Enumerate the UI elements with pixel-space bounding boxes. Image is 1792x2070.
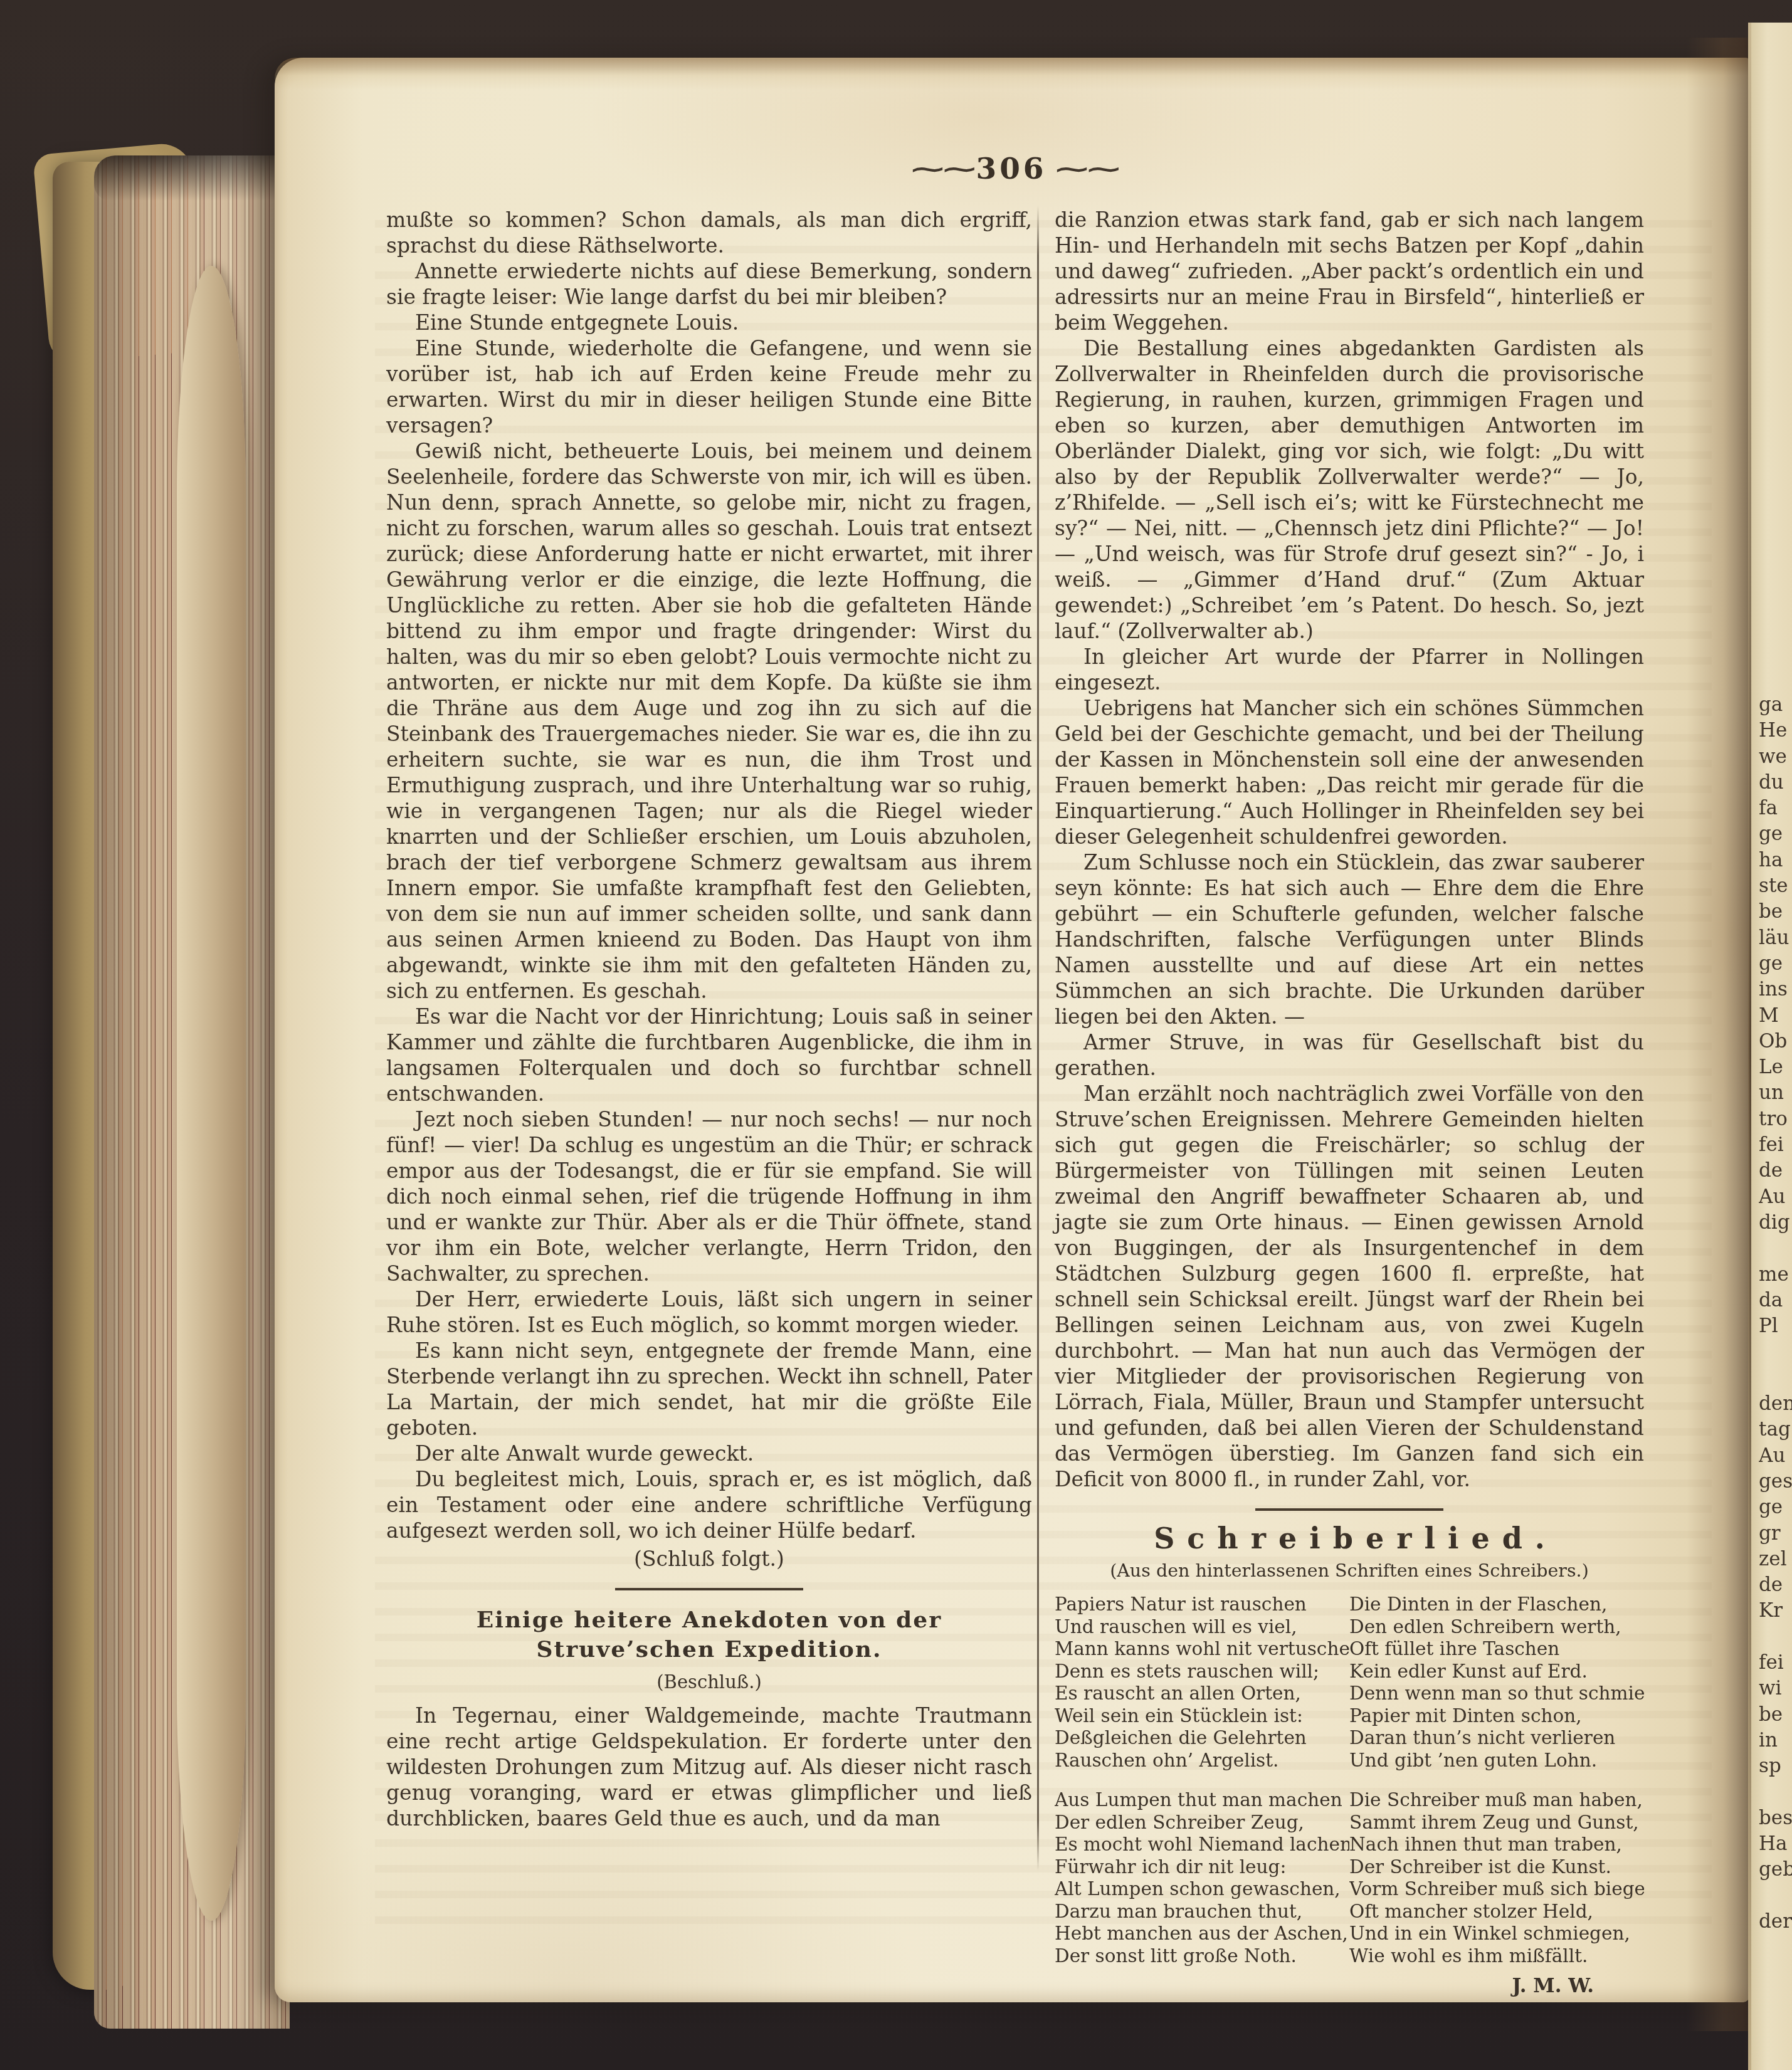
paragraph: die Ranzion etwas stark fand, gab er sic…	[1055, 207, 1644, 335]
paragraph: Es kann nicht seyn, entgegnete der fremd…	[386, 1338, 1032, 1441]
poem-line	[1055, 1772, 1349, 1789]
text-fragment: sp	[1759, 1753, 1792, 1779]
text-fragment: geb	[1759, 1857, 1792, 1883]
column-divider-rule	[1037, 206, 1039, 1871]
poem-line: Weil sein ein Stücklein ist:	[1055, 1705, 1349, 1728]
poem-line: Papiers Natur ist rauschen	[1055, 1594, 1349, 1616]
poem-line	[1349, 1772, 1644, 1789]
newspaper-page: ∼∼ 306 ∼∼ mußte so kommen? Schon damals,…	[275, 58, 1749, 2002]
poem-line: Oft füllet ihre Taschen	[1349, 1638, 1644, 1661]
poem-line: Es rauscht an allen Orten,	[1055, 1683, 1349, 1705]
paragraph: Eine Stunde, wiederholte die Gefangene, …	[386, 335, 1032, 438]
text-fragment: me	[1759, 1262, 1792, 1288]
paragraph: Annette erwiederte nichts auf diese Beme…	[386, 258, 1032, 310]
poem-line: Darzu man brauchen thut,	[1055, 1901, 1349, 1923]
text-fragment: Au	[1759, 1443, 1792, 1469]
paragraph: Zum Schlusse noch ein Stücklein, das zwa…	[1055, 849, 1644, 1029]
book-gutter-shadow	[1687, 38, 1753, 2031]
anecdotes-heading-line1: Einige heitere Anekdoten von der	[386, 1605, 1032, 1635]
poem-line: Vorm Schreiber muß sich biegen	[1349, 1878, 1644, 1901]
next-page-edge: gaHewedufagehastebeläugeinsMObLeuntrofei…	[1751, 23, 1792, 2070]
poem-line: Der Schreiber ist die Kunst.	[1349, 1856, 1644, 1879]
poem-line: Und in ein Winkel schmiegen,	[1349, 1923, 1644, 1945]
text-fragment	[1759, 1779, 1792, 1805]
poem-subtitle: (Aus den hinterlassenen Schriften eines …	[1055, 1558, 1644, 1584]
text-fragment: de	[1759, 1572, 1792, 1598]
text-fragment	[1759, 1236, 1792, 1261]
text-fragment: be	[1759, 899, 1792, 925]
poem-line: Kein edler Kunst auf Erd.	[1349, 1661, 1644, 1683]
anecdotes-paragraphs: In Tegernau, einer Waldgemeinde, machte …	[386, 1703, 1032, 1831]
paragraph: Der Herr, erwiederte Louis, läßt sich un…	[386, 1286, 1032, 1338]
poem-line: Rauschen ohn’ Argelist.	[1055, 1750, 1349, 1772]
poem-line: Aus Lumpen thut man machen	[1055, 1789, 1349, 1812]
section-separator-rule	[615, 1588, 803, 1590]
paragraph: mußte so kommen? Schon damals, als man d…	[386, 207, 1032, 258]
poem-line: Die Dinten in der Flaschen,	[1349, 1594, 1644, 1616]
left-column-paragraphs: mußte so kommen? Schon damals, als man d…	[386, 207, 1032, 1543]
anecdotes-subtitle: (Beschluß.)	[386, 1669, 1032, 1695]
paragraph: In Tegernau, einer Waldgemeinde, machte …	[386, 1703, 1032, 1831]
text-fragment: gr	[1759, 1521, 1792, 1547]
text-fragment: ge	[1759, 1495, 1792, 1520]
text-fragment: fa	[1759, 796, 1792, 821]
text-fragment: Pl	[1759, 1313, 1792, 1339]
paragraph: Die Bestallung eines abgedankten Gardist…	[1055, 335, 1644, 644]
text-fragment: wi	[1759, 1676, 1792, 1701]
page-number: 306	[976, 152, 1046, 186]
text-fragment: fei	[1759, 1132, 1792, 1158]
paragraph: Uebrigens hat Mancher sich ein schönes S…	[1055, 695, 1644, 849]
anecdotes-heading-line2: Struve’schen Expedition.	[386, 1635, 1032, 1664]
poem-line: Der edlen Schreiber Zeug,	[1055, 1812, 1349, 1834]
paragraph: Es war die Nacht vor der Hinrichtung; Lo…	[386, 1004, 1032, 1106]
text-fragment: ste	[1759, 873, 1792, 899]
poem-line: Fürwahr ich dir nit leug:	[1055, 1856, 1349, 1879]
text-fragment: un	[1759, 1080, 1792, 1106]
text-fragment: bes	[1759, 1805, 1792, 1831]
poem-line: Wie wohl es ihm mißfällt.	[1349, 1945, 1644, 1968]
poem-line: Papier mit Dinten schon,	[1349, 1705, 1644, 1728]
poem-line: Denn es stets rauschen will;	[1055, 1661, 1349, 1683]
poem-line: Der sonst litt große Noth.	[1055, 1945, 1349, 1968]
text-fragment: ge	[1759, 951, 1792, 977]
poem-line: Mann kanns wohl nit vertuschen,	[1055, 1638, 1349, 1661]
header-ornament-right: ∼∼	[1051, 154, 1115, 184]
text-fragment: He	[1759, 718, 1792, 743]
right-column: die Ranzion etwas stark fand, gab er sic…	[1055, 207, 1644, 1999]
text-fragment: ges	[1759, 1469, 1792, 1495]
text-fragment: dig	[1759, 1210, 1792, 1236]
text-fragment	[1759, 1883, 1792, 1909]
paragraph: Man erzählt noch nachträglich zwei Vorfä…	[1055, 1081, 1644, 1492]
right-column-paragraphs: die Ranzion etwas stark fand, gab er sic…	[1055, 207, 1644, 1492]
text-fragment: Ha	[1759, 1831, 1792, 1857]
text-fragment: ha	[1759, 848, 1792, 873]
book-scan: ∼∼ 306 ∼∼ mußte so kommen? Schon damals,…	[0, 0, 1792, 2070]
text-fragment: Kr	[1759, 1598, 1792, 1624]
text-fragment: Ob	[1759, 1029, 1792, 1054]
poem-line: Die Schreiber muß man haben,	[1349, 1789, 1644, 1812]
text-fragment	[1759, 1624, 1792, 1650]
paragraph: Eine Stunde entgegnete Louis.	[386, 310, 1032, 335]
text-fragment: zel	[1759, 1547, 1792, 1572]
poem-line: Alt Lumpen schon gewaschen,	[1055, 1878, 1349, 1901]
poem-verses: Papiers Natur ist rauschenUnd rauschen w…	[1055, 1594, 1644, 1967]
paragraph: Armer Struve, in was für Gesellschaft bi…	[1055, 1029, 1644, 1081]
text-fragment: we	[1759, 744, 1792, 770]
text-fragment: da	[1759, 1288, 1792, 1313]
header-ornament-left: ∼∼	[907, 154, 971, 184]
to-be-continued-note: (Schluß folgt.)	[386, 1546, 1032, 1572]
text-fragment: tag	[1759, 1417, 1792, 1442]
paragraph: Jezt noch sieben Stunden! — nur noch sec…	[386, 1106, 1032, 1286]
poem-line: Hebt manchen aus der Aschen,	[1055, 1923, 1349, 1945]
poem-line: Sammt ihrem Zeug und Gunst,	[1349, 1812, 1644, 1834]
poem-line: Den edlen Schreibern werth,	[1349, 1616, 1644, 1639]
text-fragment: ins	[1759, 977, 1792, 1002]
poem-separator-rule	[1255, 1508, 1443, 1511]
text-fragment: du	[1759, 770, 1792, 796]
curled-page-edge	[177, 266, 246, 1921]
poem-title: Schreiberlied.	[1055, 1526, 1644, 1552]
text-fragment	[1759, 1365, 1792, 1391]
text-fragment	[1759, 1339, 1792, 1365]
poem-line: Deßgleichen die Gelehrten	[1055, 1727, 1349, 1750]
poem-column-right: Die Dinten in der Flaschen,Den edlen Sch…	[1349, 1594, 1644, 1967]
text-fragment: in	[1759, 1728, 1792, 1753]
paragraph: Der alte Anwalt wurde geweckt.	[386, 1441, 1032, 1466]
text-fragment: der	[1759, 1909, 1792, 1935]
poem-line: Nach ihnen thut man traben,	[1349, 1834, 1644, 1856]
paragraph: In gleicher Art wurde der Pfarrer in Nol…	[1055, 644, 1644, 695]
paragraph: Du begleitest mich, Louis, sprach er, es…	[386, 1466, 1032, 1543]
left-column: mußte so kommen? Schon damals, als man d…	[386, 207, 1032, 1831]
poem-line: Und rauschen will es viel,	[1055, 1616, 1349, 1639]
text-fragment: läu	[1759, 925, 1792, 951]
page-header: ∼∼ 306 ∼∼	[381, 152, 1642, 186]
text-fragment: fei	[1759, 1650, 1792, 1676]
poem-line: Es mocht wohl Niemand lachen,	[1055, 1834, 1349, 1856]
next-page-text-fragments: gaHewedufagehastebeläugeinsMObLeuntrofei…	[1759, 692, 1792, 1935]
poem-column-left: Papiers Natur ist rauschenUnd rauschen w…	[1055, 1594, 1349, 1967]
poem-line: Oft mancher stolzer Held,	[1349, 1901, 1644, 1923]
text-fragment: ga	[1759, 692, 1792, 718]
poem-line: Und gibt ’nen guten Lohn.	[1349, 1750, 1644, 1772]
poem-author-initials: J. M. W.	[1055, 1973, 1644, 1999]
text-fragment: M	[1759, 1003, 1792, 1029]
text-fragment: de	[1759, 1158, 1792, 1184]
paragraph: Gewiß nicht, betheuerte Louis, bei meine…	[386, 438, 1032, 1004]
text-fragment: Le	[1759, 1054, 1792, 1080]
text-fragment: den	[1759, 1391, 1792, 1417]
poem-line: Denn wenn man so thut schmieren,	[1349, 1683, 1644, 1705]
text-fragment: ge	[1759, 821, 1792, 847]
text-fragment: be	[1759, 1702, 1792, 1728]
text-fragment: tro	[1759, 1106, 1792, 1132]
text-fragment: Au	[1759, 1184, 1792, 1210]
poem-line: Daran thun’s nicht verlieren	[1349, 1727, 1644, 1750]
